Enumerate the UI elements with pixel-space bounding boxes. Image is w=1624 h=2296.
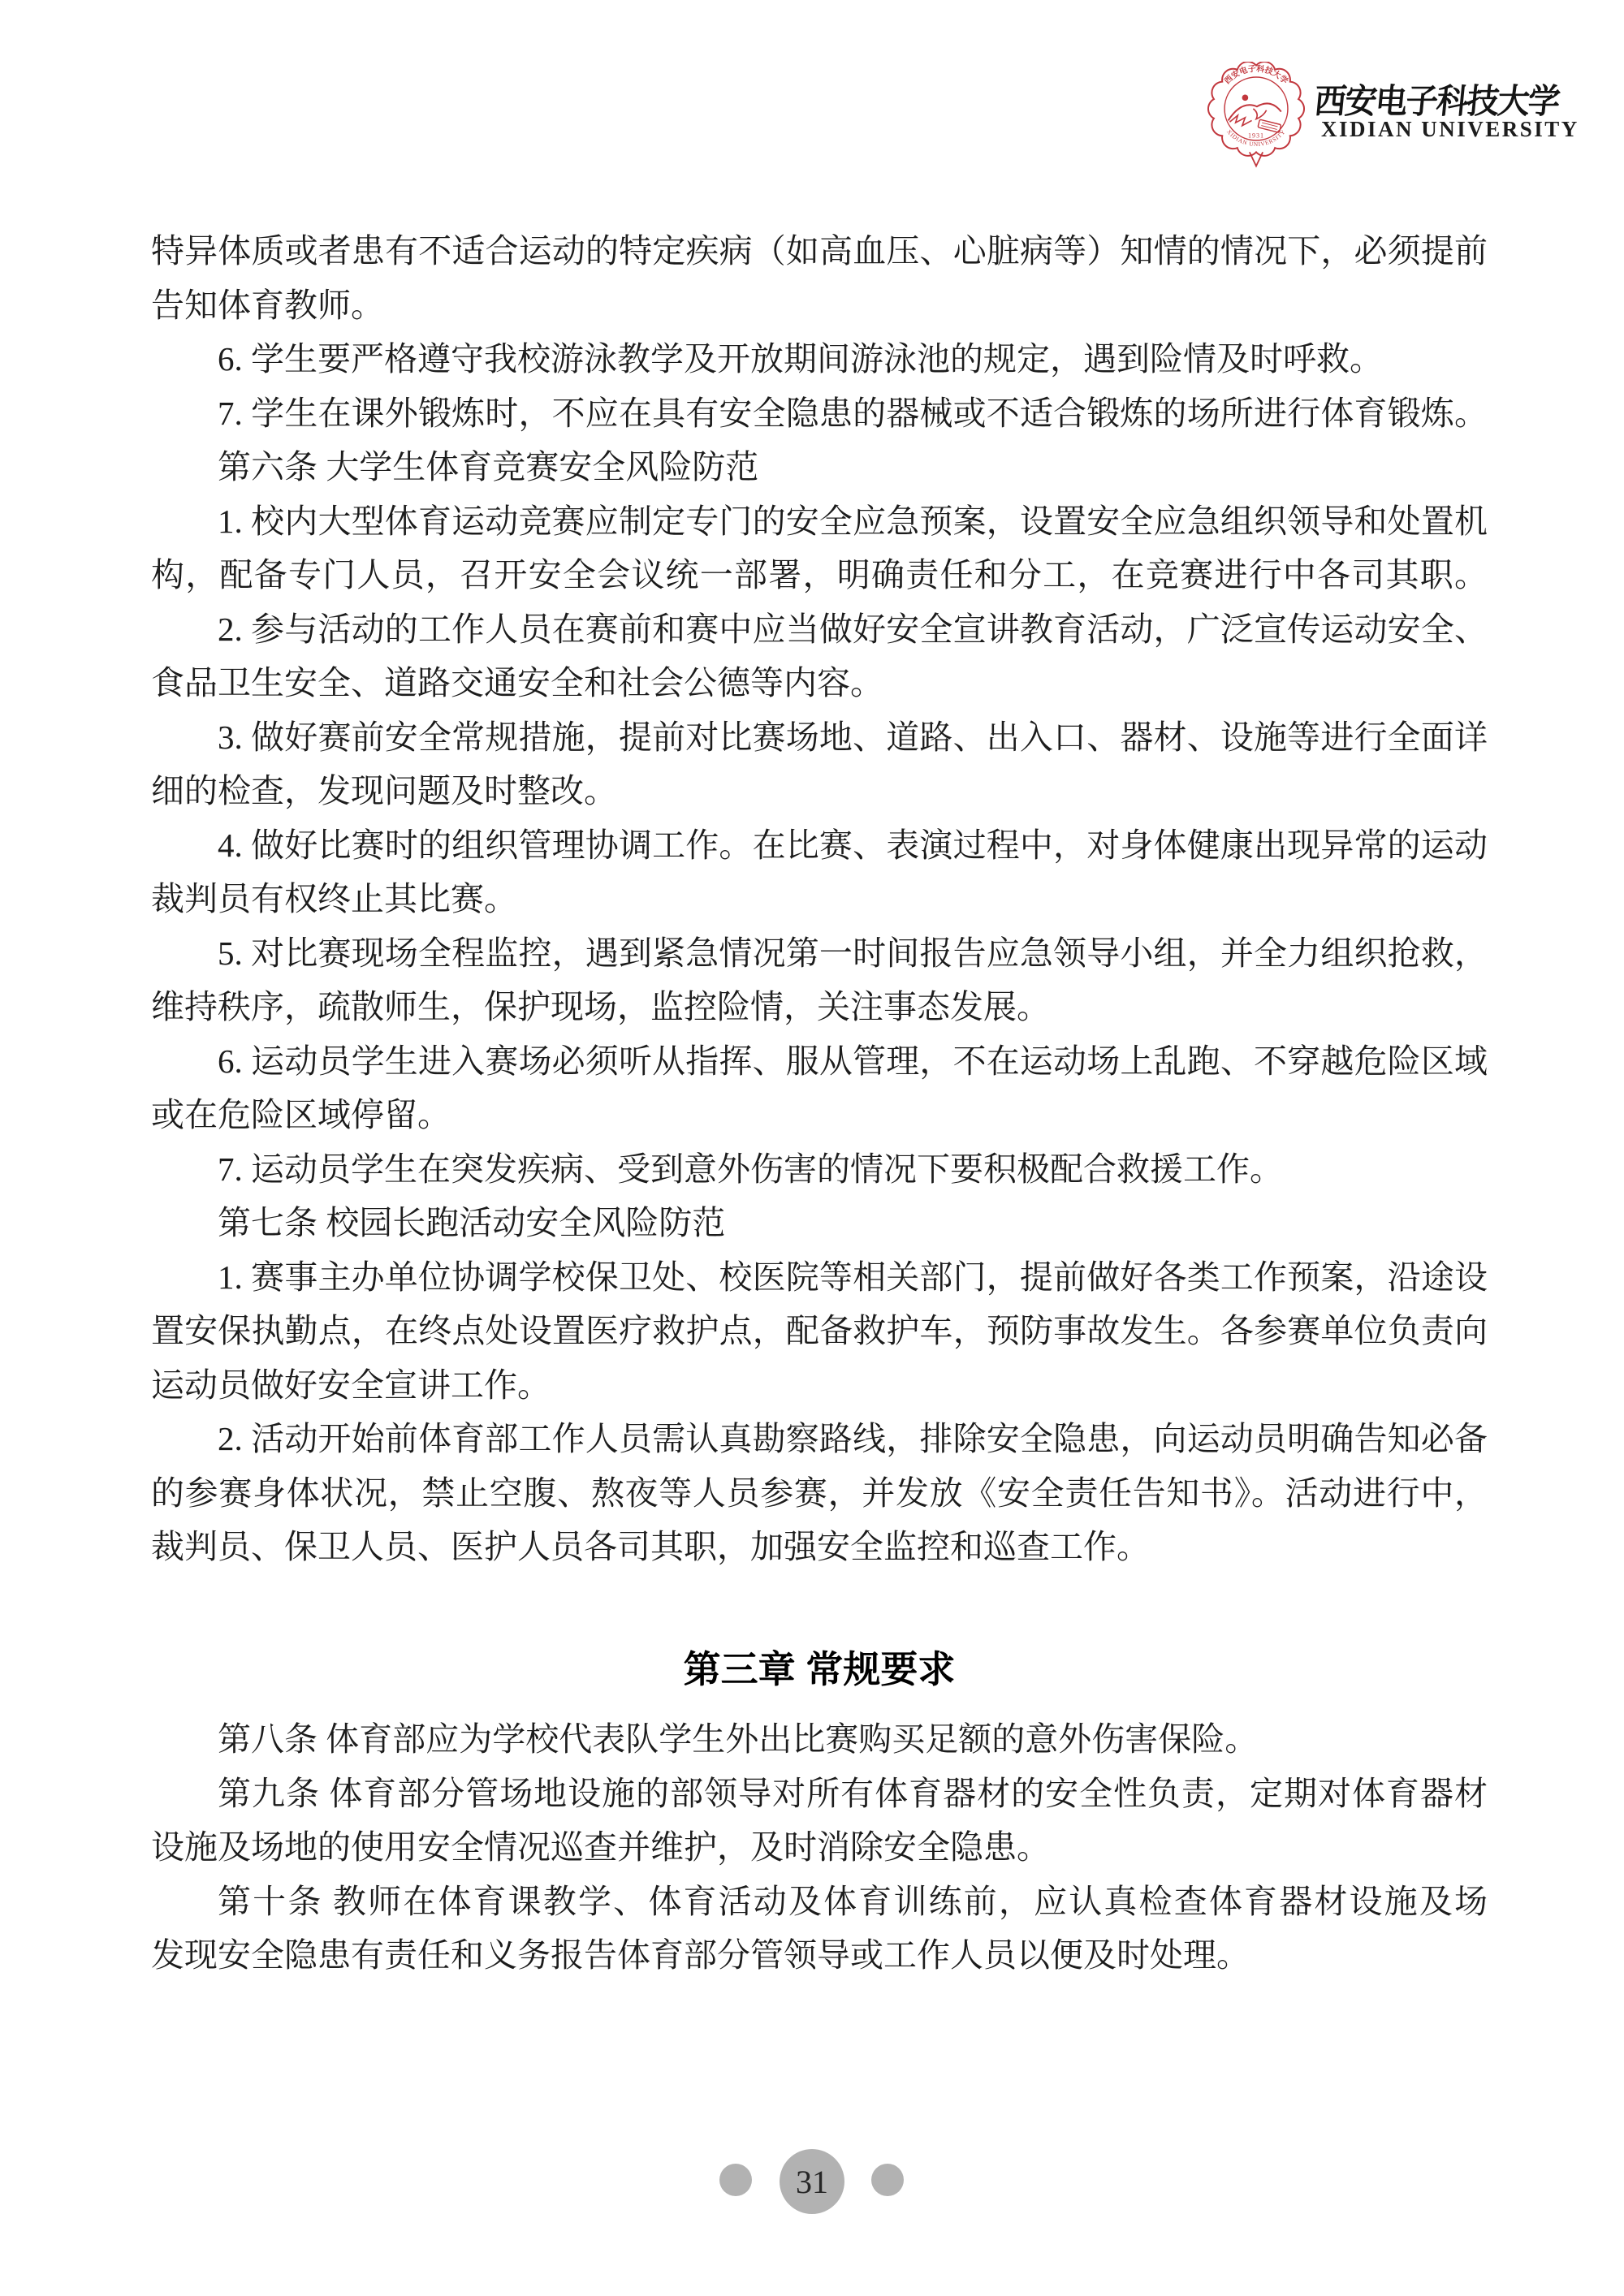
body-line: 2. 参与活动的工作人员在赛前和赛中应当做好安全宣讲教育活动，广泛宣传运动安全、 [151, 602, 1488, 657]
chapter-heading: 第三章 常规要求 [151, 1644, 1488, 1694]
body-line: 运动员做好安全宣讲工作。 [151, 1358, 1488, 1413]
seal-ribbon-tip [1250, 152, 1263, 166]
page-header: 西安电子科技大学 XIDIAN UNIVERSITY [0, 0, 1624, 195]
footer-dot-right [871, 2164, 904, 2196]
university-seal: 西安电子科技大学 XIDIAN UNIVERSITY [1204, 62, 1308, 170]
page-footer: 31 [0, 2111, 1624, 2257]
body-line: 第七条 校园长跑活动安全风险防范 [151, 1196, 1488, 1250]
body-line: 构，配备专门人员，召开安全会议统一部署，明确责任和分工，在竞赛进行中各司其职。 [151, 548, 1488, 602]
document-page: 西安电子科技大学 XIDIAN UNIVERSITY [0, 0, 1624, 2296]
body-line: 置安保执勤点，在终点处设置医疗救护点，配备救护车，预防事故发生。各参赛单位负责向 [151, 1304, 1488, 1358]
body-line: 第十条 教师在体育课教学、体育活动及体育训练前，应认真检查体育器材设施及场地， [151, 1875, 1488, 1929]
body-line: 的参赛身体状况，禁止空腹、熬夜等人员参赛，并发放《安全责任告知书》。活动进行中， [151, 1466, 1488, 1521]
body-line: 第六条 大学生体育竞赛安全风险防范 [151, 440, 1488, 494]
university-seal-icon: 西安电子科技大学 XIDIAN UNIVERSITY [1204, 62, 1308, 170]
footer-dot-left [719, 2164, 752, 2196]
body-line: 5. 对比赛现场全程监控，遇到紧急情况第一时间报告应急领导小组，并全力组织抢救， [151, 926, 1488, 981]
body-line: 7. 运动员学生在突发疾病、受到意外伤害的情况下要积极配合救援工作。 [151, 1142, 1488, 1197]
page-number-badge: 31 [780, 2149, 844, 2214]
body-line: 裁判员、保卫人员、医护人员各司其职，加强安全监控和巡查工作。 [151, 1520, 1488, 1574]
body-line: 维持秩序，疏散师生，保护现场，监控险情，关注事态发展。 [151, 980, 1488, 1034]
body-line: 4. 做好比赛时的组织管理协调工作。在比赛、表演过程中，对身体健康出现异常的运动… [151, 818, 1488, 873]
body-line: 细的检查，发现问题及时整改。 [151, 764, 1488, 818]
seal-sun-dot [1242, 95, 1249, 101]
university-name-cn: 西安电子科技大学 [1312, 75, 1546, 123]
body-line: 7. 学生在课外锻炼时，不应在具有安全隐患的器械或不适合锻炼的场所进行体育锻炼。 [151, 386, 1488, 441]
document-body-top: 特异体质或者患有不适合运动的特定疾病（如高血压、心脏病等）知情的情况下，必须提前… [151, 224, 1488, 1574]
body-line: 6. 学生要严格遵守我校游泳教学及开放期间游泳池的规定，遇到险情及时呼救。 [151, 332, 1488, 386]
body-line: 1. 校内大型体育运动竞赛应制定专门的安全应急预案，设置安全应急组织领导和处置机 [151, 494, 1488, 549]
page-number: 31 [796, 2163, 828, 2201]
body-line: 发现安全隐患有责任和义务报告体育部分管领导或工作人员以便及时处理。 [151, 1928, 1488, 1983]
body-line: 3. 做好赛前安全常规措施，提前对比赛场地、道路、出入口、器材、设施等进行全面详 [151, 710, 1488, 765]
body-line: 第九条 体育部分管场地设施的部领导对所有体育器材的安全性负责，定期对体育器材 [151, 1767, 1488, 1821]
document-body-bottom: 第八条 体育部应为学校代表队学生外出比赛购买足额的意外伤害保险。第九条 体育部分… [151, 1712, 1488, 1983]
body-line: 特异体质或者患有不适合运动的特定疾病（如高血压、心脏病等）知情的情况下，必须提前 [151, 224, 1488, 278]
body-line: 食品卫生安全、道路交通安全和社会公德等内容。 [151, 656, 1488, 710]
body-line: 告知体育教师。 [151, 278, 1488, 333]
body-line: 6. 运动员学生进入赛场必须听从指挥、服从管理，不在运动场上乱跑、不穿越危险区域 [151, 1034, 1488, 1089]
body-line: 或在危险区域停留。 [151, 1088, 1488, 1142]
body-line: 2. 活动开始前体育部工作人员需认真勘察路线，排除安全隐患，向运动员明确告知必备 [151, 1412, 1488, 1466]
body-line: 第八条 体育部应为学校代表队学生外出比赛购买足额的意外伤害保险。 [151, 1712, 1488, 1767]
seal-year: 1931 [1248, 132, 1264, 139]
body-line: 裁判员有权终止其比赛。 [151, 872, 1488, 926]
body-line: 设施及场地的使用安全情况巡查并维护，及时消除安全隐患。 [151, 1820, 1488, 1875]
body-line: 1. 赛事主办单位协调学校保卫处、校医院等相关部门，提前做好各类工作预案，沿途设 [151, 1250, 1488, 1305]
university-name-en: XIDIAN UNIVERSITY [1321, 117, 1565, 142]
seal-scroll-icon [1258, 119, 1281, 132]
